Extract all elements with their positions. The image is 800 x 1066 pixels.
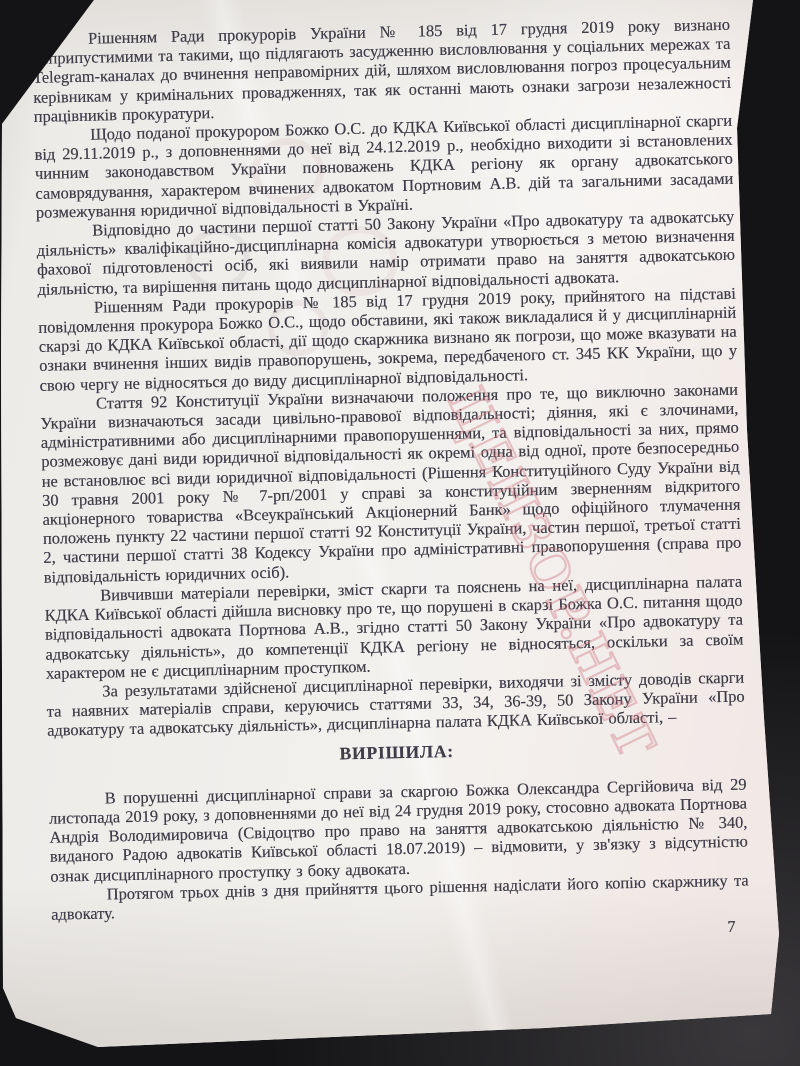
paragraph-refusal-resolution: В порушенні дисциплінарної справи за ска… [48, 774, 748, 885]
photo-background: Рішенням Ради прокурорів України № 185 в… [0, 0, 800, 1066]
paragraph-complaint-scope: Щодо поданої прокурором Божко О.С. до КД… [34, 111, 734, 222]
paragraph-council-decision: Рішенням Ради прокурорів України № 185 в… [32, 15, 732, 126]
paragraph-chamber-conclusion: Вивчивши матеріали перевірки, зміст скар… [44, 571, 744, 682]
document-text-block: Рішенням Ради прокурорів України № 185 в… [32, 15, 750, 951]
paragraph-threats-assessment: Рішенням Ради прокурорів № 185 від 17 гр… [38, 283, 738, 394]
page-number: 7 [51, 917, 749, 951]
paragraph-constitution-article-92: Стаття 92 Конституції України визначаючи… [40, 379, 742, 586]
document-page: Рішенням Ради прокурорів України № 185 в… [0, 0, 800, 1066]
decision-heading: ВИРІШИЛА: [48, 735, 746, 769]
